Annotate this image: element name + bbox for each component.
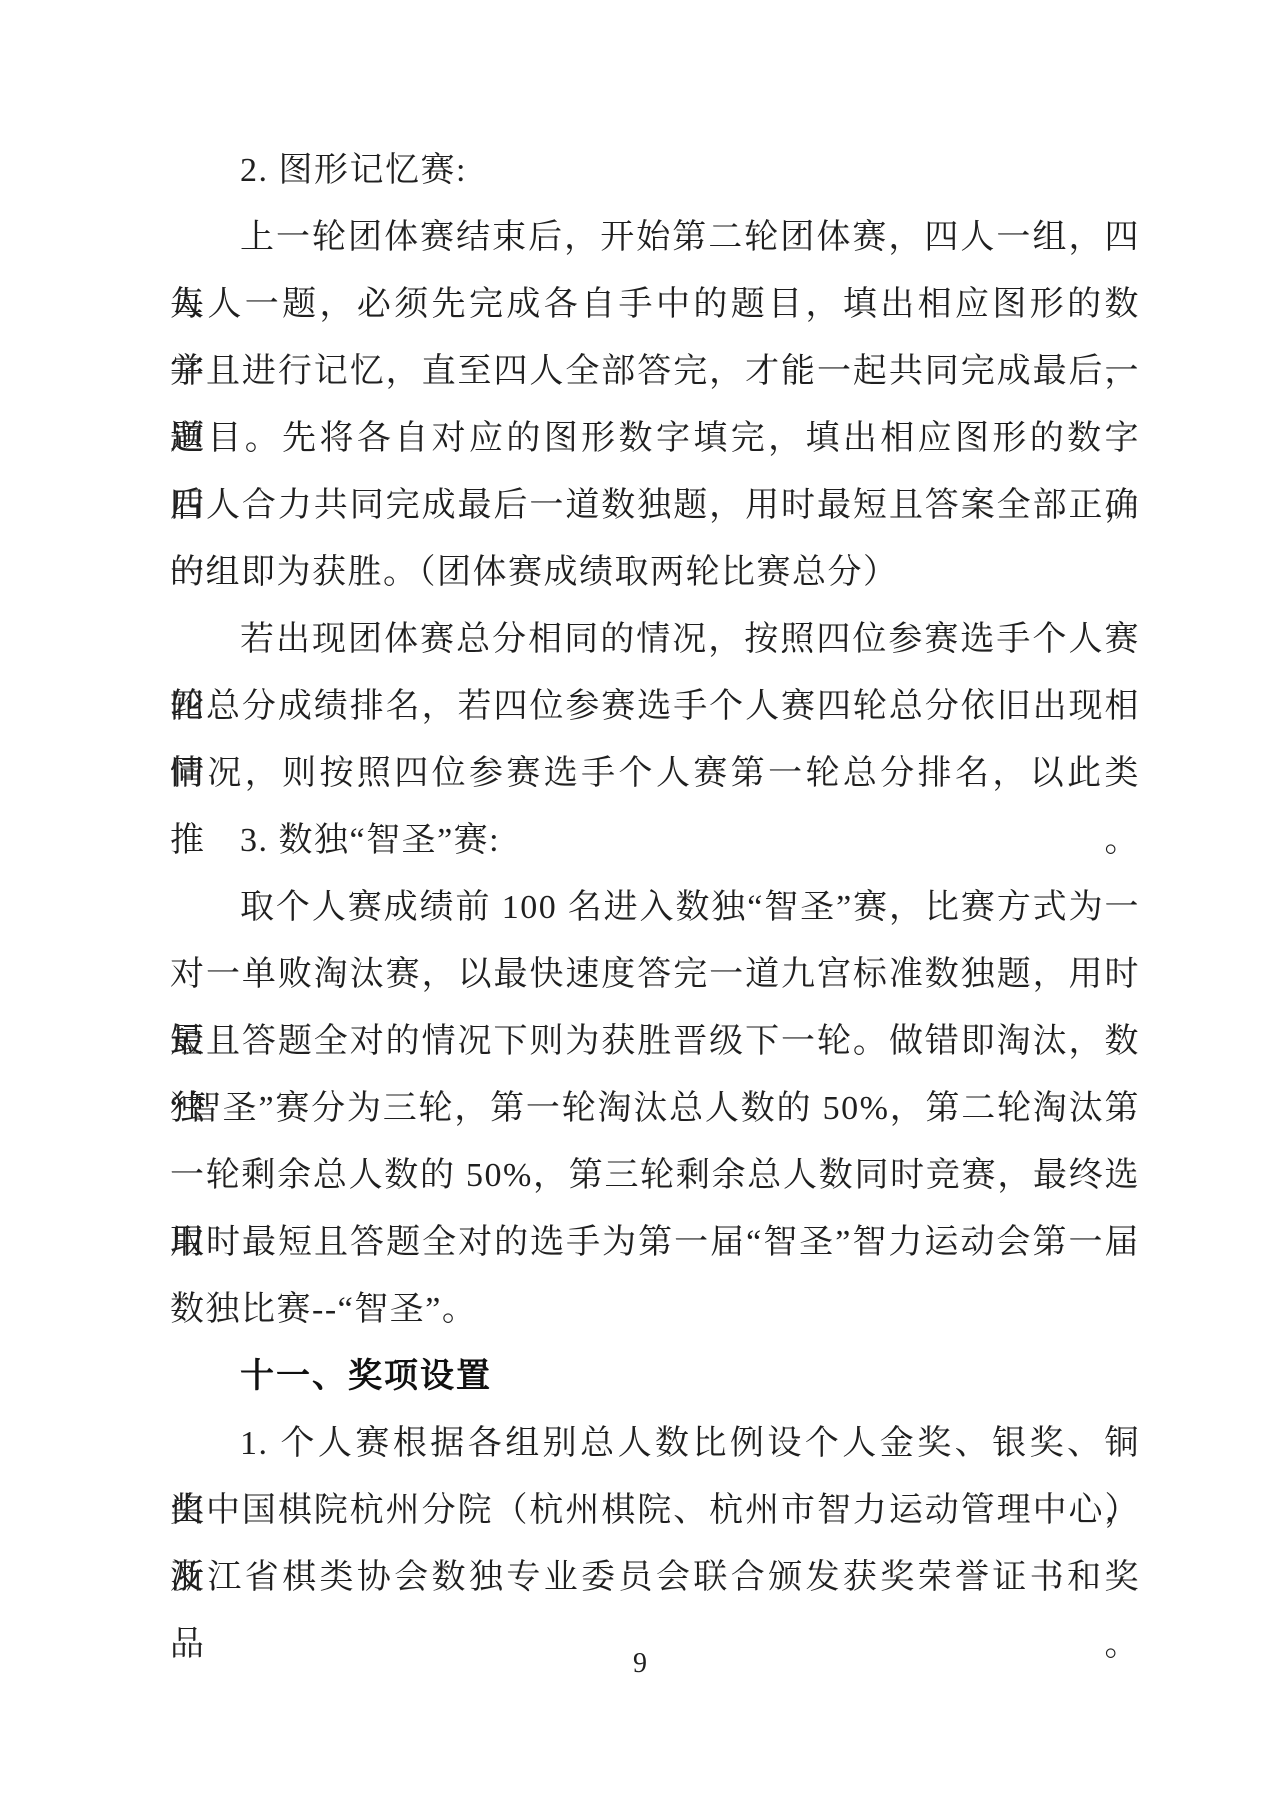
page-number: 9 (0, 1644, 1280, 1684)
text-line: 取个人赛成绩前 100 名进入数独“智圣”赛，比赛方式为一 (170, 874, 1140, 941)
text-line: 由中国棋院杭州分院（杭州棋院、杭州市智力运动管理中心）及 (170, 1477, 1140, 1544)
text-line: 一组即为获胜。（团体赛成绩取两轮比赛总分） (170, 539, 1140, 606)
text-line: 题目。先将各自对应的图形数字填完，填出相应图形的数字后， (170, 405, 1140, 472)
text-line: 用时最短且答题全对的选手为第一届“智圣”智力运动会第一届 (170, 1209, 1140, 1276)
text-line: 若出现团体赛总分相同的情况，按照四位参赛选手个人赛四 (170, 606, 1140, 673)
text-line: 短且答题全对的情况下则为获胜晋级下一轮。做错即淘汰，数独 (170, 1008, 1140, 1075)
text-line: 一轮剩余总人数的 50%，第三轮剩余总人数同时竞赛，最终选取 (170, 1142, 1140, 1209)
document-body: 2. 图形记忆赛: 上一轮团体赛结束后，开始第二轮团体赛，四人一组，四人 每人一… (170, 137, 1140, 1611)
text-line: 1. 个人赛根据各组别总人数比例设个人金奖、银奖、铜奖， (170, 1410, 1140, 1477)
text-line: 浙江省棋类协会数独专业委员会联合颁发获奖荣誉证书和奖品。 (170, 1544, 1140, 1611)
text-line: 数独比赛--“智圣”。 (170, 1276, 1140, 1343)
text-line: 情况，则按照四位参赛选手个人赛第一轮总分排名，以此类推。 (170, 740, 1140, 807)
text-line: 轮总分成绩排名，若四位参赛选手个人赛四轮总分依旧出现相同 (170, 673, 1140, 740)
text-line: 上一轮团体赛结束后，开始第二轮团体赛，四人一组，四人 (170, 204, 1140, 271)
list-item-heading: 2. 图形记忆赛: (170, 137, 1140, 204)
document-page: 2. 图形记忆赛: 上一轮团体赛结束后，开始第二轮团体赛，四人一组，四人 每人一… (0, 0, 1280, 1810)
text-line: “智圣”赛分为三轮，第一轮淘汰总人数的 50%，第二轮淘汰第 (170, 1075, 1140, 1142)
text-line: 对一单败淘汰赛，以最快速度答完一道九宫标准数独题，用时最 (170, 941, 1140, 1008)
section-heading: 十一、奖项设置 (170, 1343, 1140, 1410)
text-line: 并且进行记忆，直至四人全部答完，才能一起共同完成最后一道 (170, 338, 1140, 405)
text-line: 每人一题，必须先完成各自手中的题目，填出相应图形的数字， (170, 271, 1140, 338)
text-line: 四人合力共同完成最后一道数独题，用时最短且答案全部正确的 (170, 472, 1140, 539)
